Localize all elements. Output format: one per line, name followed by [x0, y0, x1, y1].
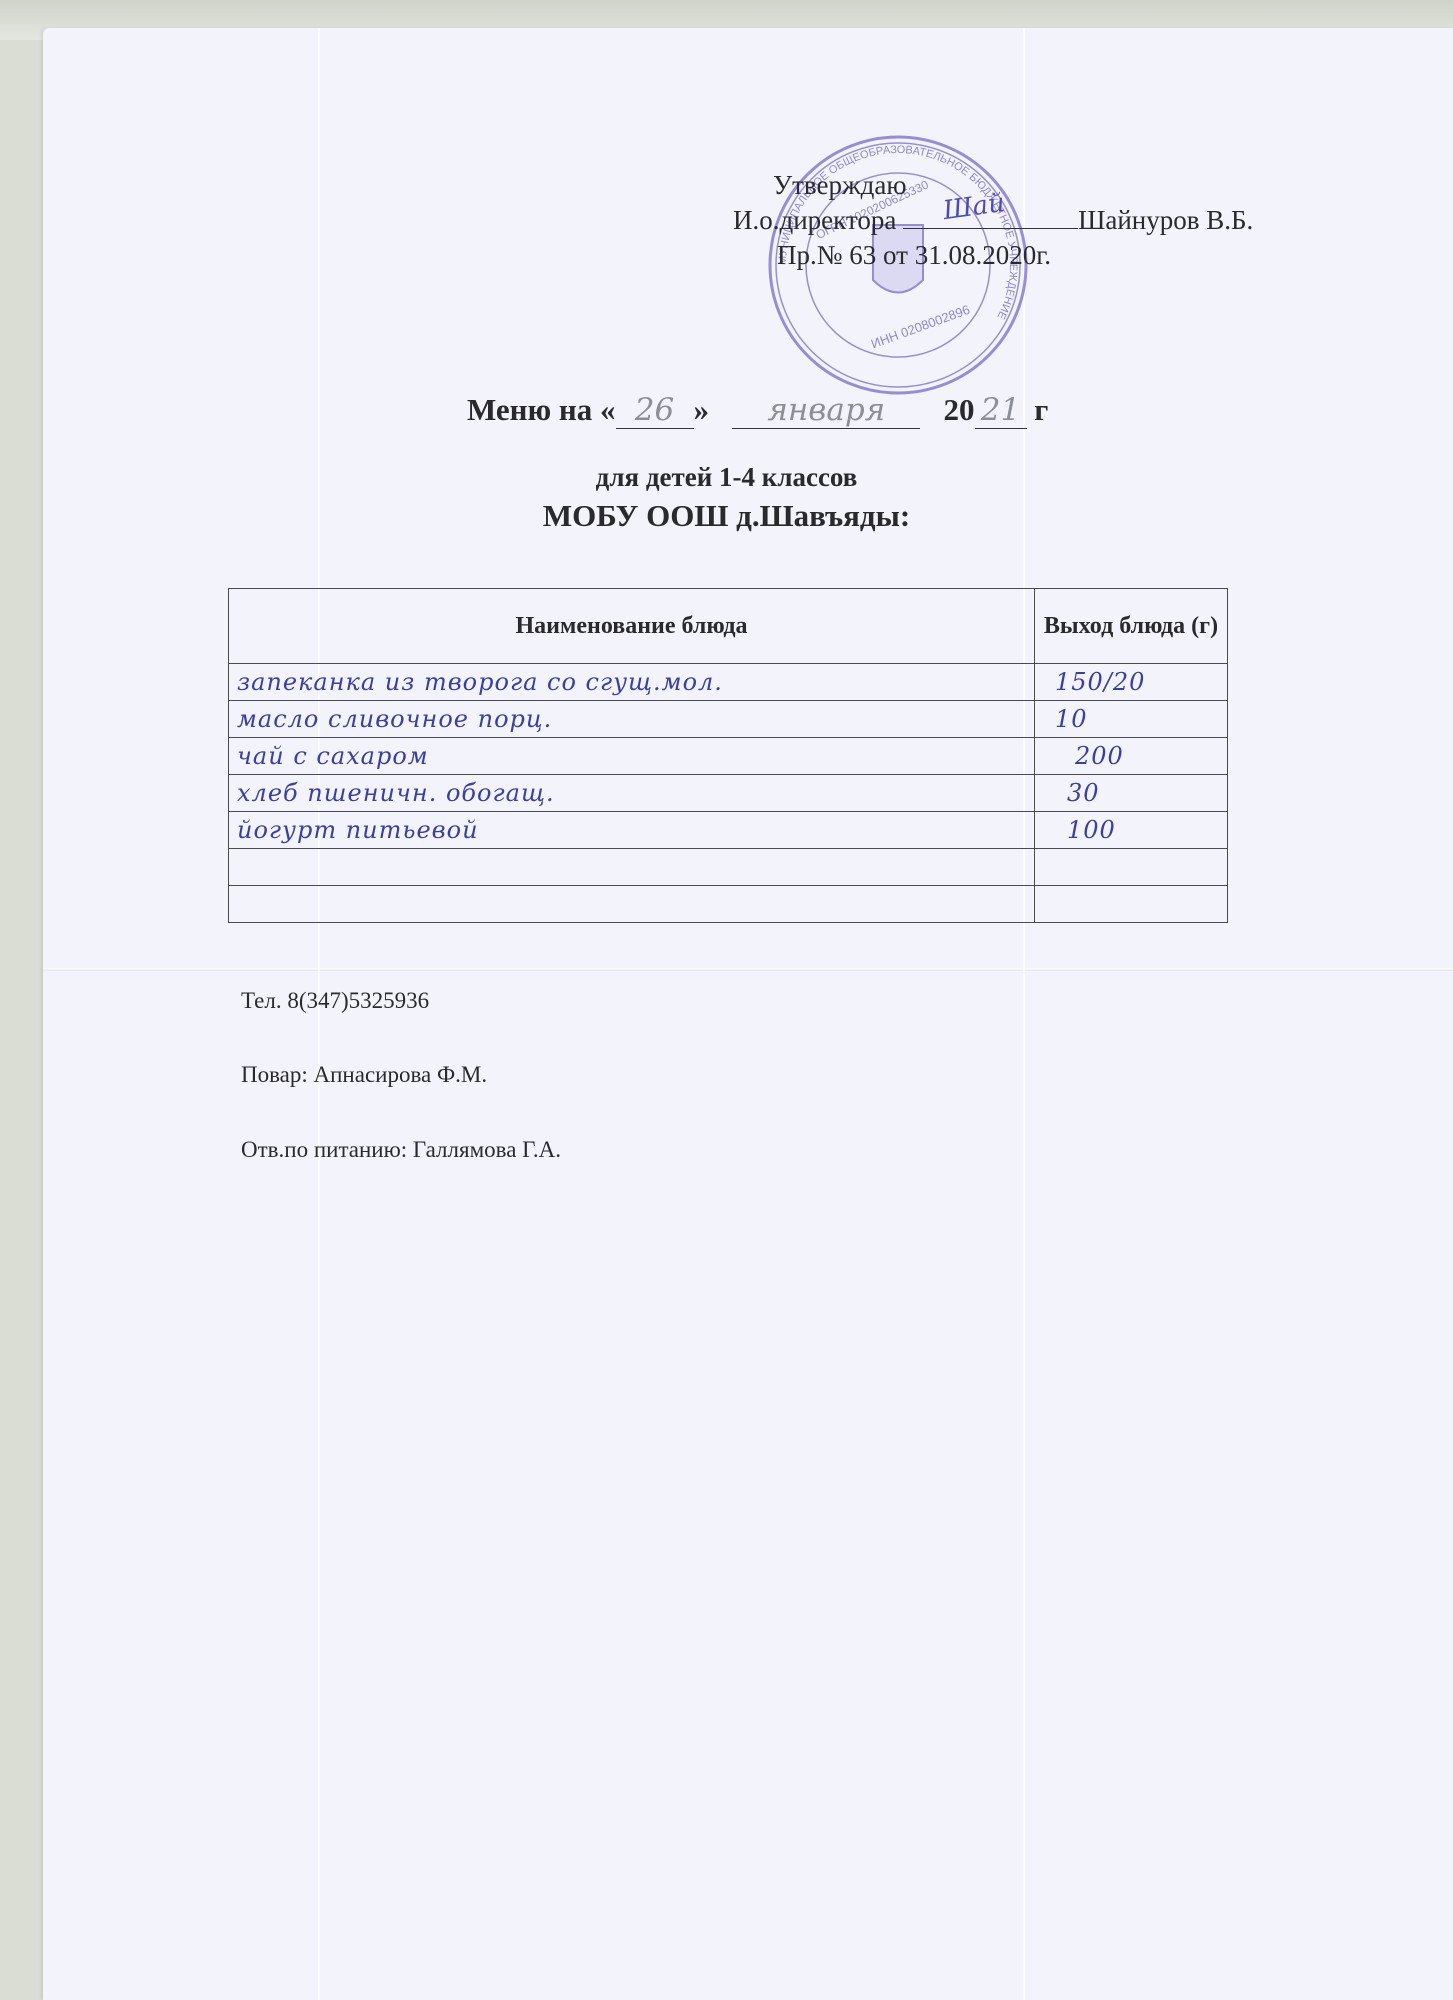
table-row: чай с сахаром 200: [229, 738, 1228, 775]
dish-name: запеканка из творога со сгущ.мол.: [229, 664, 1035, 701]
approval-position-line: И.о.директора Шай Шайнуров В.Б.: [733, 205, 1253, 236]
table-row: хлеб пшеничн. обогащ. 30: [229, 775, 1228, 812]
column-header-yield: Выход блюда (г): [1035, 589, 1228, 664]
dish-name: масло сливочное порц.: [229, 701, 1035, 738]
table-row: запеканка из творога со сгущ.мол. 150/20: [229, 664, 1228, 701]
table-row: [229, 849, 1228, 886]
document-page: [43, 28, 1453, 2000]
table-row: [229, 886, 1228, 923]
year-suffix: г: [1034, 392, 1048, 427]
dish-yield: [1035, 849, 1228, 886]
dish-yield: 100: [1035, 812, 1228, 849]
dish-name: хлеб пшеничн. обогащ.: [229, 775, 1035, 812]
phone: Тел. 8(347)5325936: [241, 988, 429, 1014]
year-prefix: 20: [944, 392, 975, 427]
dish-name: чай с сахаром: [229, 738, 1035, 775]
page-title: Меню на «26» января 2021 г: [467, 392, 1048, 429]
dish-yield: 10: [1035, 701, 1228, 738]
approval-heading: Утверждаю: [773, 170, 907, 201]
dish-name: [229, 849, 1035, 886]
svg-text:ИНН 0208002896: ИНН 0208002896: [869, 302, 972, 352]
signature-line: Шай: [903, 206, 1078, 229]
dish-yield: 200: [1035, 738, 1228, 775]
table-row: йогурт питьевой 100: [229, 812, 1228, 849]
approval-position: И.о.директора: [733, 205, 896, 235]
title-prefix: Меню на «: [467, 392, 616, 427]
dish-yield: 30: [1035, 775, 1228, 812]
title-mid: »: [694, 392, 710, 427]
dish-yield: 150/20: [1035, 664, 1228, 701]
table-row: масло сливочное порц. 10: [229, 701, 1228, 738]
dish-name: йогурт питьевой: [229, 812, 1035, 849]
nutrition-responsible: Отв.по питанию: Галлямова Г.А.: [241, 1137, 561, 1163]
date-day: 26: [616, 392, 694, 429]
date-year: 21: [975, 392, 1027, 429]
dish-yield: [1035, 886, 1228, 923]
table-header-row: Наименование блюда Выход блюда (г): [229, 589, 1228, 664]
subtitle-school: МОБУ ООШ д.Шавъяды:: [0, 498, 1453, 534]
menu-table: Наименование блюда Выход блюда (г) запек…: [228, 588, 1228, 923]
fold-crease: [318, 28, 320, 2000]
subtitle-audience: для детей 1-4 классов: [0, 462, 1453, 493]
dish-name: [229, 886, 1035, 923]
approval-order: Пр.№ 63 от 31.08.2020г.: [777, 240, 1051, 271]
approval-name: Шайнуров В.Б.: [1078, 205, 1253, 235]
date-month: января: [732, 392, 920, 429]
column-header-dish: Наименование блюда: [229, 589, 1035, 664]
cook: Повар: Апнасирова Ф.М.: [241, 1062, 487, 1088]
